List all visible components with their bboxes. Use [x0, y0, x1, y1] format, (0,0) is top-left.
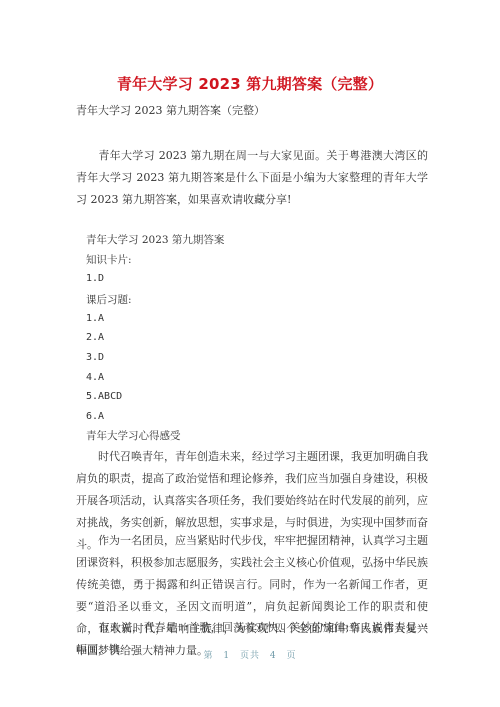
page-footer: 第 1 页共 4 页 [0, 648, 500, 661]
exercise-answer-6: 6.A [86, 411, 104, 422]
document-title: 青年大学习 2023 第九期答案（完整） [0, 73, 500, 94]
intro-paragraph: 青年大学习 2023 第九期在周一与大家见面。关于粤港澳大湾区的青年大学习 20… [76, 145, 428, 211]
exercise-answer-4: 4.A [86, 372, 104, 383]
reflection-heading: 青年大学习心得感受 [86, 428, 181, 443]
exercises-label: 课后习题: [86, 292, 132, 307]
intro-text: 青年大学习 2023 第九期在周一与大家见面。关于粤港澳大湾区的青年大学习 20… [76, 149, 428, 206]
exercise-answer-2: 2.A [86, 332, 104, 343]
exercise-answer-5: 5.ABCD [86, 391, 122, 402]
document-subtitle: 青年大学习 2023 第九期答案（完整） [76, 102, 265, 118]
knowledge-card-answer: 1.D [86, 273, 104, 284]
document-page: 青年大学习 2023 第九期答案（完整） 青年大学习 2023 第九期答案（完整… [0, 0, 500, 707]
knowledge-card-label: 知识卡片: [86, 252, 132, 267]
exercise-answer-1: 1.A [86, 313, 104, 324]
exercise-answer-3: 3.D [86, 352, 104, 363]
answers-heading: 青年大学习 2023 第九期答案 [86, 232, 224, 247]
